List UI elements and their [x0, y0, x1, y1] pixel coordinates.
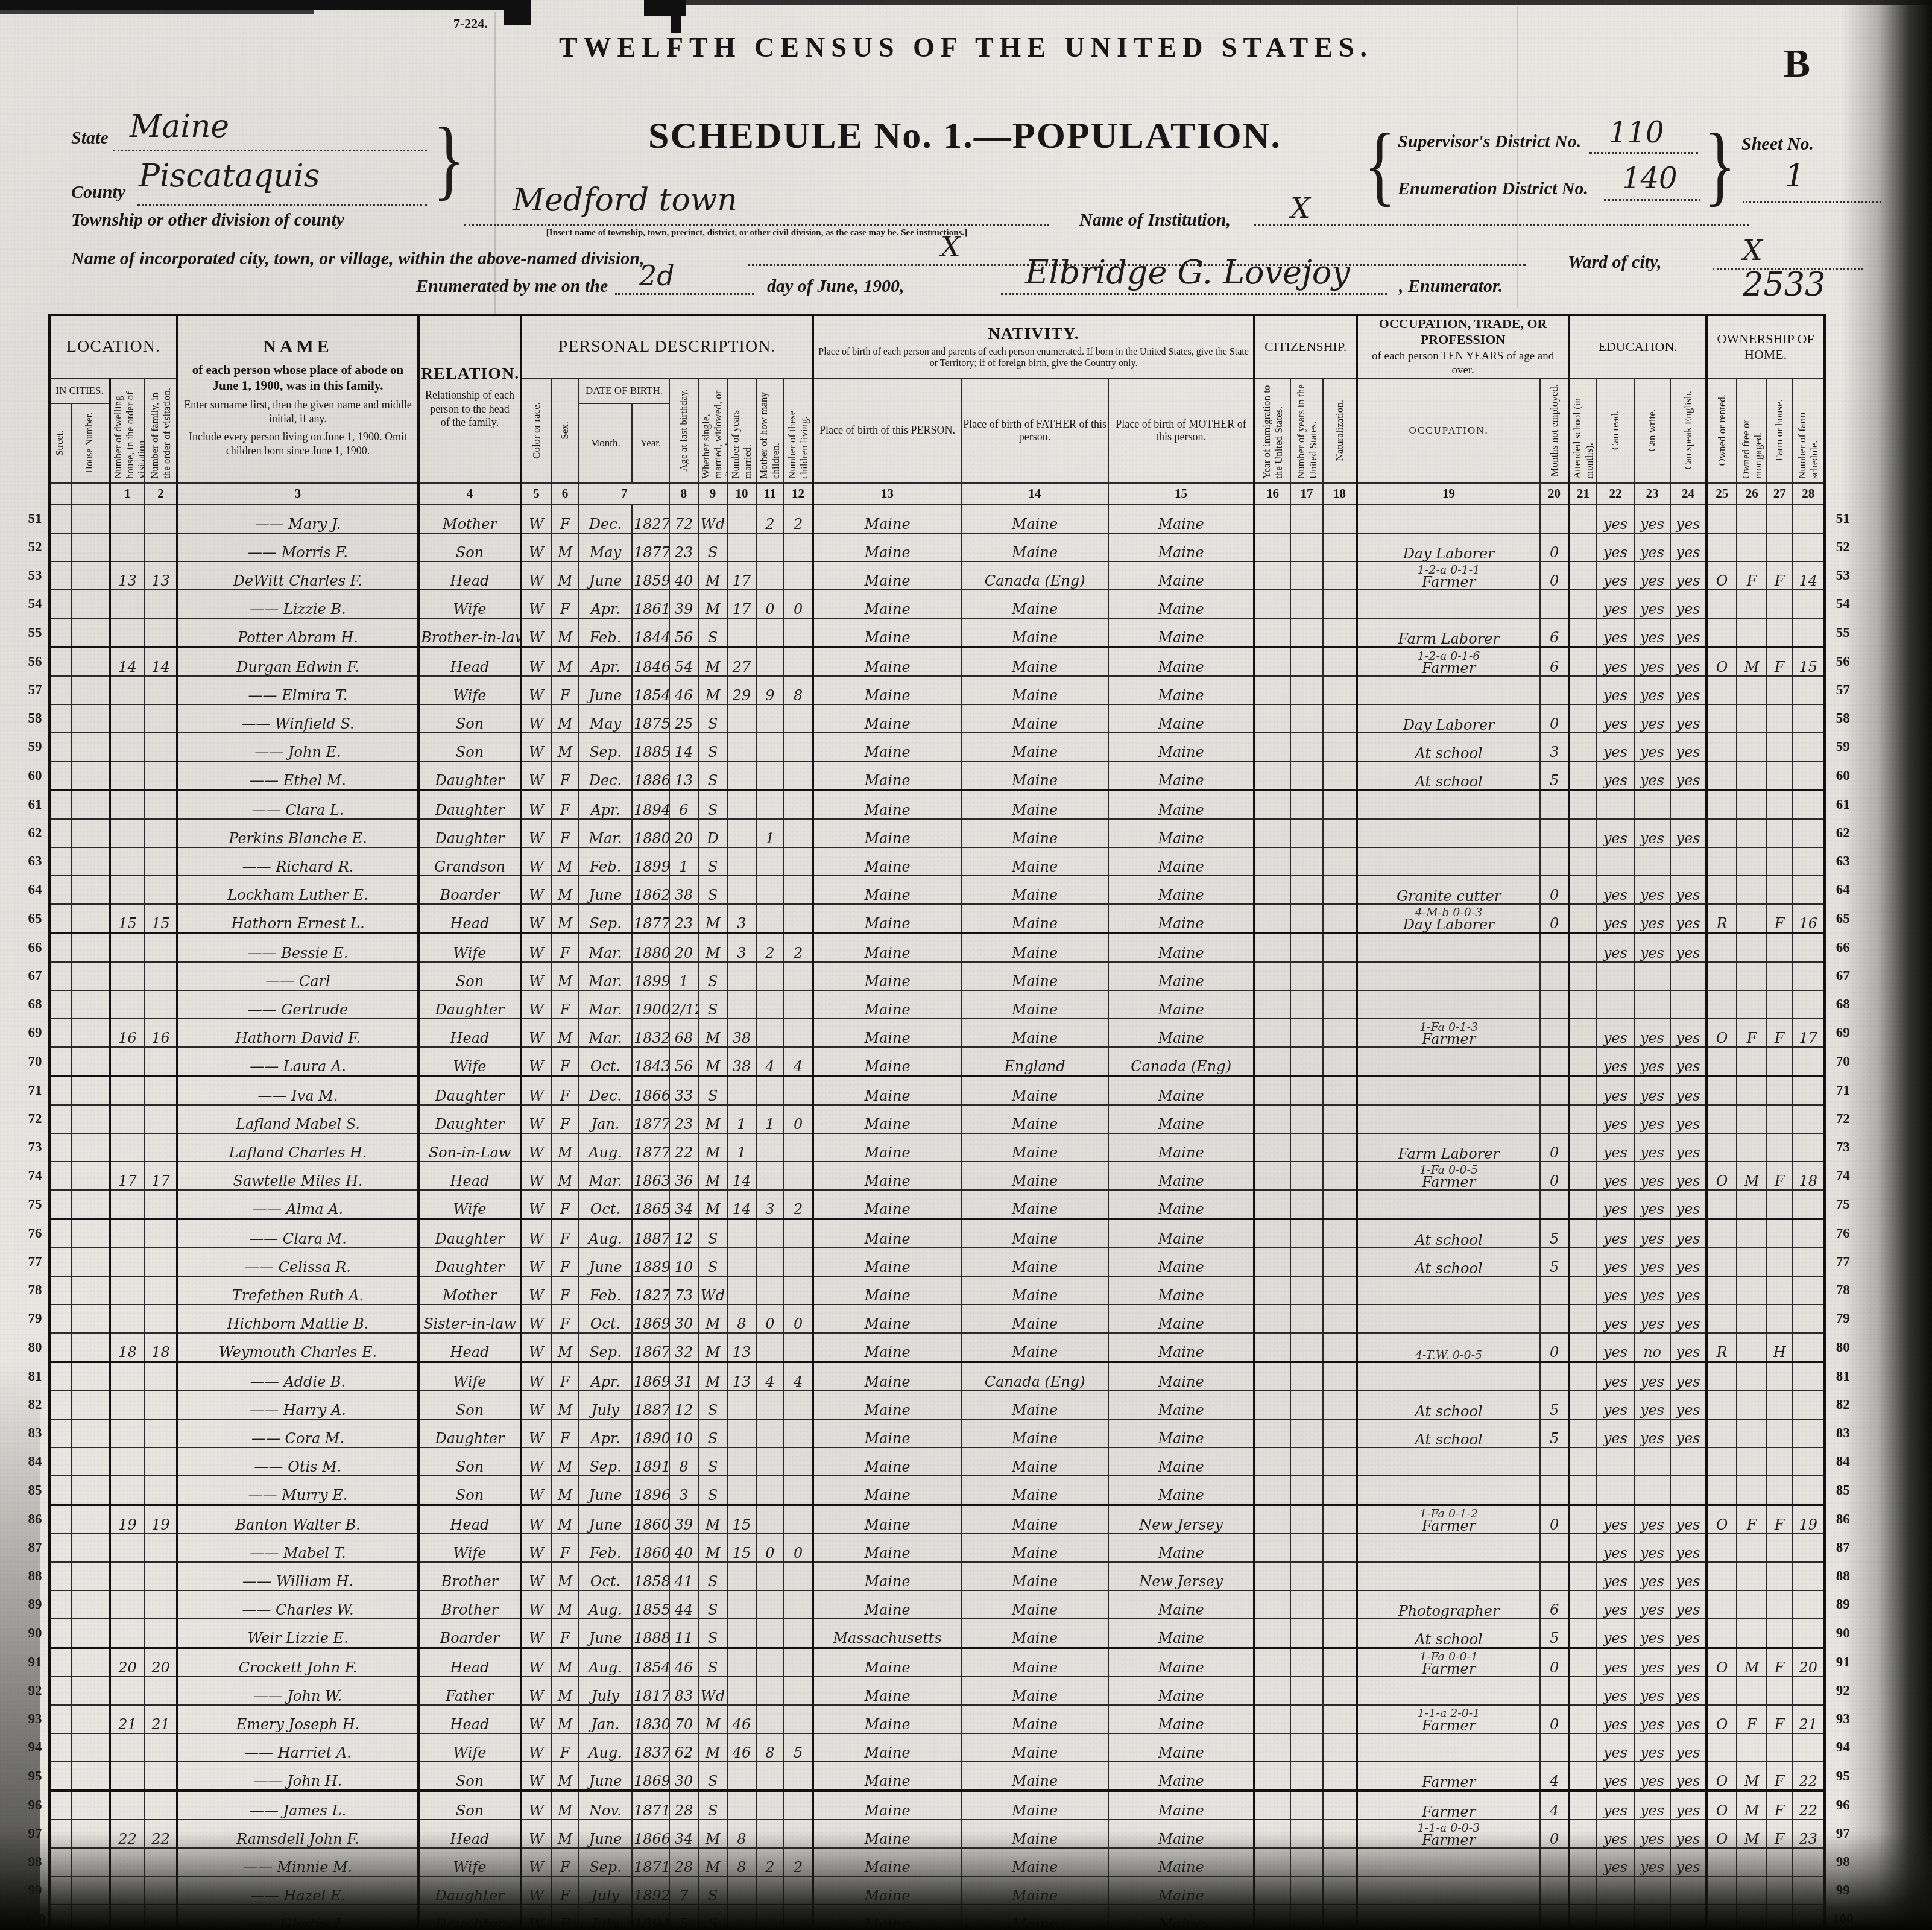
- pob-person-cell: Maine: [813, 1677, 961, 1705]
- months-not-employed-cell: 5: [1540, 1619, 1569, 1648]
- farm-or-house-cell: F: [1767, 647, 1792, 676]
- sex-cell: F: [551, 1305, 579, 1333]
- years-married-cell: 3: [727, 904, 756, 933]
- age-cell: 1: [669, 847, 698, 876]
- relation-cell: Wife: [418, 1190, 521, 1219]
- row-number: 72: [1825, 1105, 1860, 1133]
- column-number: 8: [669, 483, 698, 505]
- mother-of-children-cell: 4: [756, 1362, 784, 1391]
- pob-father-cell: Maine: [961, 647, 1108, 676]
- row-number: 79: [22, 1305, 49, 1333]
- table-row: 57—— Elmira T.WifeWFJune185446M2998Maine…: [22, 676, 1860, 704]
- can-speak-english-cell: yes: [1670, 733, 1706, 761]
- birth-year-cell: 1871: [632, 1848, 669, 1876]
- table-header: LOCATION. NAME of each person whose plac…: [22, 315, 1860, 505]
- age-cell: 46: [669, 676, 698, 704]
- street-cell: [49, 1534, 71, 1562]
- months-not-employed-cell: [1540, 1677, 1569, 1705]
- owned-rented-cell: [1706, 1848, 1737, 1876]
- dwelling-number-cell: [110, 1905, 145, 1930]
- years-married-cell: 15: [727, 1505, 756, 1534]
- table-row: 62Perkins Blanche E.DaughterWFMar.188020…: [22, 819, 1860, 847]
- row-number: 86: [22, 1505, 49, 1534]
- marital-cell: S: [698, 962, 727, 990]
- family-number-cell: 20: [145, 1648, 177, 1677]
- family-number-cell: [145, 1905, 177, 1930]
- occupation-cell: 1-1-a 0-0-3Farmer: [1357, 1820, 1540, 1848]
- color-race-cell: W: [521, 1190, 551, 1219]
- can-speak-english-cell: yes: [1670, 1705, 1706, 1733]
- farm-or-house-cell: [1767, 1076, 1792, 1105]
- occupation-cell: [1357, 790, 1540, 819]
- table-row: 70—— Laura A.WifeWFOct.184356M3844MaineE…: [22, 1047, 1860, 1076]
- dwelling-number-cell: [110, 1047, 145, 1076]
- years-married-cell: [727, 733, 756, 761]
- birth-year-cell: 1846: [632, 647, 669, 676]
- row-number: 63: [1825, 847, 1860, 876]
- age-cell: 34: [669, 1190, 698, 1219]
- house-number-cell: [71, 1019, 110, 1047]
- relation-cell: Wife: [418, 590, 521, 618]
- farm-schedule-cell: [1792, 1105, 1825, 1133]
- free-mortgaged-cell: [1737, 819, 1767, 847]
- dwelling-number-cell: [110, 876, 145, 904]
- mother-of-children-cell: [756, 1905, 784, 1930]
- attended-school-cell: [1569, 933, 1597, 962]
- row-number: 90: [1825, 1619, 1860, 1648]
- birth-year-cell: 1894: [632, 790, 669, 819]
- birth-year-cell: 1827: [632, 1276, 669, 1305]
- years-in-us-cell: [1290, 1505, 1323, 1534]
- pob-father-cell: Maine: [961, 790, 1108, 819]
- age-cell: 72: [669, 505, 698, 533]
- pob-mother-cell: Maine: [1108, 1219, 1254, 1248]
- pob-person-cell: Maine: [813, 1248, 961, 1276]
- farm-or-house-cell: [1767, 761, 1792, 790]
- can-write-cell: [1634, 1476, 1670, 1505]
- farm-schedule-cell: [1792, 1677, 1825, 1705]
- family-number-cell: 21: [145, 1705, 177, 1733]
- pob-mother-cell: Maine: [1108, 1677, 1254, 1705]
- years-married-cell: [727, 1905, 756, 1930]
- color-race-cell: W: [521, 1419, 551, 1447]
- owned-rented-cell: [1706, 1133, 1737, 1162]
- family-number-cell: 16: [145, 1019, 177, 1047]
- naturalization-cell: [1323, 876, 1357, 904]
- farm-or-house-cell: [1767, 1447, 1792, 1476]
- attended-school-cell: [1569, 505, 1597, 533]
- immigration-cell: [1254, 1447, 1290, 1476]
- sheet-line: [1743, 201, 1881, 203]
- corner-note: 2533: [1743, 265, 1825, 303]
- children-living-cell: [784, 1876, 813, 1905]
- street-cell: [49, 1219, 71, 1248]
- table-body: 51—— Mary J.MotherWFDec.182772Wd22MaineM…: [22, 505, 1860, 1930]
- children-living-cell: [784, 1162, 813, 1190]
- attended-school-cell: [1569, 1105, 1597, 1133]
- street-cell: [49, 704, 71, 733]
- naturalization-cell: [1323, 790, 1357, 819]
- row-number: 75: [22, 1190, 49, 1219]
- street-cell: [49, 1162, 71, 1190]
- dwelling-number-cell: [110, 505, 145, 533]
- pob-father-cell: Maine: [961, 1534, 1108, 1562]
- farm-schedule-cell: [1792, 533, 1825, 562]
- occupation-cell: [1357, 1677, 1540, 1705]
- birth-month-cell: July: [579, 1391, 632, 1419]
- family-number-cell: [145, 1562, 177, 1590]
- farm-or-house-cell: [1767, 790, 1792, 819]
- row-number: 61: [22, 790, 49, 819]
- birth-year-cell: 1887: [632, 1391, 669, 1419]
- table-row: 76—— Clara M.DaughterWFAug.188712SMaineM…: [22, 1219, 1860, 1248]
- immigration-cell: [1254, 1848, 1290, 1876]
- farm-or-house-cell: [1767, 1047, 1792, 1076]
- pob-person-cell: Maine: [813, 1876, 961, 1905]
- can-read-cell: yes: [1597, 647, 1634, 676]
- farm-schedule-cell: [1792, 1419, 1825, 1447]
- color-race-cell: W: [521, 1447, 551, 1476]
- pob-father-cell: Maine: [961, 1762, 1108, 1791]
- occupation-cell: [1357, 676, 1540, 704]
- birth-month-header: Month.: [579, 403, 632, 483]
- children-living-cell: [784, 1133, 813, 1162]
- immigration-cell: [1254, 1362, 1290, 1391]
- dwelling-number-cell: [110, 1248, 145, 1276]
- name-desc: Enter surname first, then the given name…: [183, 398, 412, 425]
- pob-person-cell: Maine: [813, 1762, 961, 1791]
- age-cell: 56: [669, 618, 698, 647]
- table-row: 85—— Murry E.SonWMJune18963SMaineMaineMa…: [22, 1476, 1860, 1505]
- table-row: 79Hichborn Mattie B.Sister-in-lawWFOct.1…: [22, 1305, 1860, 1333]
- naturalization-cell: [1323, 933, 1357, 962]
- immigration-cell: [1254, 1505, 1290, 1534]
- row-number: 64: [22, 876, 49, 904]
- age-cell: 30: [669, 1305, 698, 1333]
- owned-rented-header: Owned or rented.: [1706, 378, 1737, 483]
- farm-or-house-cell: [1767, 1219, 1792, 1248]
- farm-or-house-cell: [1767, 676, 1792, 704]
- pob-mother-cell: Maine: [1108, 1419, 1254, 1447]
- naturalization-cell: [1323, 562, 1357, 590]
- table-row: 98—— Minnie M.WifeWFSep.187128M822MaineM…: [22, 1848, 1860, 1876]
- pob-father-cell: Maine: [961, 1219, 1108, 1248]
- owned-rented-cell: [1706, 1248, 1737, 1276]
- can-write-cell: yes: [1634, 1362, 1670, 1391]
- months-not-employed-cell: [1540, 1562, 1569, 1590]
- can-read-cell: yes: [1597, 819, 1634, 847]
- dwelling-number-cell: [110, 1562, 145, 1590]
- can-speak-english-cell: yes: [1670, 647, 1706, 676]
- farm-schedule-cell: [1792, 618, 1825, 647]
- immigration-cell: [1254, 1219, 1290, 1248]
- color-race-cell: W: [521, 1047, 551, 1076]
- pob-mother-cell: Maine: [1108, 676, 1254, 704]
- sex-cell: M: [551, 1447, 579, 1476]
- street-cell: [49, 819, 71, 847]
- district-brace-close: }: [1704, 113, 1736, 217]
- naturalization-cell: [1323, 505, 1357, 533]
- birth-month-cell: Jan.: [579, 1705, 632, 1733]
- years-in-us-cell: [1290, 1733, 1323, 1762]
- birth-month-cell: Sep.: [579, 733, 632, 761]
- pob-mother-cell: Maine: [1108, 647, 1254, 676]
- name-cell: Lafland Mabel S.: [177, 1105, 418, 1133]
- pob-person-cell: Maine: [813, 1447, 961, 1476]
- farm-schedule-cell: [1792, 704, 1825, 733]
- attended-school-cell: [1569, 1534, 1597, 1562]
- supervisor-label: Supervisor's District No.: [1398, 131, 1581, 152]
- row-number: 79: [1825, 1305, 1860, 1333]
- personal-description-group-header: PERSONAL DESCRIPTION.: [521, 315, 813, 378]
- months-not-employed-cell: 0: [1540, 1162, 1569, 1190]
- marital-cell: S: [698, 1590, 727, 1619]
- months-not-employed-cell: [1540, 1876, 1569, 1905]
- relation-cell: Wife: [418, 1047, 521, 1076]
- months-not-employed-cell: 4: [1540, 1791, 1569, 1820]
- birth-month-cell: Mar.: [579, 990, 632, 1019]
- children-living-cell: [784, 819, 813, 847]
- street-cell: [49, 1505, 71, 1534]
- column-number: [71, 483, 110, 505]
- marital-cell: M: [698, 1333, 727, 1362]
- birth-year-cell: 1817: [632, 1677, 669, 1705]
- farm-schedule-cell: 19: [1792, 1505, 1825, 1534]
- name-cell: —— Ethel M.: [177, 761, 418, 790]
- birth-month-cell: Aug.: [579, 1648, 632, 1677]
- sex-cell: F: [551, 1276, 579, 1305]
- row-number: 78: [1825, 1276, 1860, 1305]
- immigration-cell: [1254, 1733, 1290, 1762]
- location-group-header: LOCATION.: [49, 315, 177, 378]
- years-married-cell: [727, 962, 756, 990]
- sex-cell: F: [551, 1733, 579, 1762]
- marital-cell: S: [698, 618, 727, 647]
- pob-mother-cell: Maine: [1108, 1534, 1254, 1562]
- marital-cell: M: [698, 676, 727, 704]
- family-number-cell: [145, 1133, 177, 1162]
- mother-of-children-cell: [756, 1876, 784, 1905]
- age-cell: 46: [669, 1648, 698, 1677]
- marital-cell: S: [698, 533, 727, 562]
- pob-mother-cell: Maine: [1108, 1362, 1254, 1391]
- naturalization-cell: [1323, 904, 1357, 933]
- immigration-cell: [1254, 1276, 1290, 1305]
- owned-rented-cell: [1706, 790, 1737, 819]
- occupation-cell: Farm Laborer: [1357, 618, 1540, 647]
- years-in-us-cell: [1290, 1476, 1323, 1505]
- immigration-cell: [1254, 505, 1290, 533]
- owned-rented-cell: O: [1706, 647, 1737, 676]
- free-mortgaged-cell: [1737, 1133, 1767, 1162]
- owned-rented-cell: [1706, 704, 1737, 733]
- years-married-cell: [727, 761, 756, 790]
- house-number-cell: [71, 1248, 110, 1276]
- pob-person-cell: Maine: [813, 1562, 961, 1590]
- street-cell: [49, 1076, 71, 1105]
- owned-rented-cell: [1706, 733, 1737, 761]
- can-read-cell: yes: [1597, 1190, 1634, 1219]
- can-speak-english-cell: [1670, 1447, 1706, 1476]
- years-married-cell: [727, 1562, 756, 1590]
- can-read-cell: yes: [1597, 1276, 1634, 1305]
- row-number: 61: [1825, 790, 1860, 819]
- birth-month-cell: Mar.: [579, 1162, 632, 1190]
- row-number: 90: [22, 1619, 49, 1648]
- farm-or-house-header: Farm or house.: [1767, 378, 1792, 483]
- name-cell: —— John W.: [177, 1677, 418, 1705]
- supervisor-value: 110: [1609, 116, 1664, 150]
- marital-cell: S: [698, 1648, 727, 1677]
- pob-mother-cell: Maine: [1108, 1333, 1254, 1362]
- months-not-employed-cell: 0: [1540, 533, 1569, 562]
- can-read-cell: yes: [1597, 562, 1634, 590]
- pob-father-cell: Maine: [961, 1848, 1108, 1876]
- farm-schedule-cell: [1792, 1876, 1825, 1905]
- birth-month-cell: Mar.: [579, 819, 632, 847]
- months-not-employed-cell: [1540, 1476, 1569, 1505]
- pob-mother-cell: Maine: [1108, 505, 1254, 533]
- months-not-employed-cell: 0: [1540, 1648, 1569, 1677]
- dwelling-number-cell: 16: [110, 1019, 145, 1047]
- farm-schedule-cell: [1792, 847, 1825, 876]
- color-race-cell: W: [521, 1705, 551, 1733]
- years-married-cell: 1: [727, 1133, 756, 1162]
- mother-of-children-cell: 2: [756, 933, 784, 962]
- naturalization-cell: [1323, 1305, 1357, 1333]
- row-number: 85: [22, 1476, 49, 1505]
- naturalization-cell: [1323, 1820, 1357, 1848]
- farm-schedule-cell: [1792, 1848, 1825, 1876]
- street-cell: [49, 1590, 71, 1619]
- family-number-cell: [145, 505, 177, 533]
- children-living-cell: [784, 1476, 813, 1505]
- owned-rented-cell: [1706, 1733, 1737, 1762]
- house-number-cell: [71, 1333, 110, 1362]
- pob-father-cell: Maine: [961, 1905, 1108, 1930]
- sex-cell: M: [551, 904, 579, 933]
- birth-year-cell: 1887: [632, 1219, 669, 1248]
- can-speak-english-cell: yes: [1670, 1162, 1706, 1190]
- name-cell: —— Clara L.: [177, 790, 418, 819]
- naturalization-cell: [1323, 733, 1357, 761]
- house-number-cell: [71, 1447, 110, 1476]
- months-not-employed-cell: [1540, 790, 1569, 819]
- sex-cell: F: [551, 1619, 579, 1648]
- house-number-cell: [71, 1677, 110, 1705]
- pob-mother-cell: Maine: [1108, 1876, 1254, 1905]
- street-cell: [49, 1447, 71, 1476]
- marital-cell: M: [698, 1820, 727, 1848]
- immigration-cell: [1254, 1762, 1290, 1791]
- owned-rented-cell: [1706, 847, 1737, 876]
- family-number-cell: [145, 1219, 177, 1248]
- can-read-cell: yes: [1597, 904, 1634, 933]
- supervisor-line: [1589, 152, 1698, 154]
- children-living-cell: [784, 533, 813, 562]
- farm-or-house-cell: [1767, 990, 1792, 1019]
- attended-school-cell: [1569, 1876, 1597, 1905]
- column-number: 13: [813, 483, 961, 505]
- house-number-cell: [71, 533, 110, 562]
- farm-or-house-cell: [1767, 1362, 1792, 1391]
- birth-year-cell: 1837: [632, 1733, 669, 1762]
- children-living-cell: [784, 1762, 813, 1791]
- immigration-cell: [1254, 876, 1290, 904]
- color-race-cell: W: [521, 1391, 551, 1419]
- color-race-cell: W: [521, 1733, 551, 1762]
- children-living-cell: [784, 1562, 813, 1590]
- table-row: 691616Hathorn David F.HeadWMMar.183268M3…: [22, 1019, 1860, 1047]
- occupation-cell: 1-Fa 0-1-2Farmer: [1357, 1505, 1540, 1534]
- family-number-cell: [145, 1619, 177, 1648]
- naturalization-cell: [1323, 1019, 1357, 1047]
- years-in-us-cell: [1290, 1305, 1323, 1333]
- owned-rented-cell: O: [1706, 1791, 1737, 1820]
- pob-person-cell: Maine: [813, 1162, 961, 1190]
- owned-rented-cell: [1706, 761, 1737, 790]
- years-married-cell: 8: [727, 1820, 756, 1848]
- sex-cell: F: [551, 1248, 579, 1276]
- family-number-cell: [145, 618, 177, 647]
- can-read-cell: yes: [1597, 1733, 1634, 1762]
- pob-person-cell: Maine: [813, 1905, 961, 1930]
- pob-person-cell: Maine: [813, 590, 961, 618]
- relation-cell: Daughter: [418, 1419, 521, 1447]
- relation-cell: Head: [418, 1019, 521, 1047]
- can-write-cell: yes: [1634, 1534, 1670, 1562]
- marital-cell: M: [698, 1105, 727, 1133]
- dwelling-number-cell: [110, 676, 145, 704]
- age-cell: 6: [669, 790, 698, 819]
- pob-mother-cell: New Jersey: [1108, 1505, 1254, 1534]
- immigration-cell: [1254, 1677, 1290, 1705]
- naturalization-cell: [1323, 1677, 1357, 1705]
- birth-year-cell: 1827: [632, 505, 669, 533]
- can-read-cell: yes: [1597, 1419, 1634, 1447]
- can-read-cell: yes: [1597, 1019, 1634, 1047]
- immigration-cell: [1254, 647, 1290, 676]
- free-mortgaged-cell: M: [1737, 647, 1767, 676]
- age-cell: 39: [669, 590, 698, 618]
- pob-mother-cell: Maine: [1108, 1476, 1254, 1505]
- birth-year-header: Year.: [632, 403, 669, 483]
- sex-cell: M: [551, 962, 579, 990]
- birth-month-cell: July: [579, 1905, 632, 1930]
- row-number: 55: [22, 618, 49, 647]
- marital-cell: M: [698, 1305, 727, 1333]
- house-number-cell: [71, 704, 110, 733]
- relation-cell: Son: [418, 1476, 521, 1505]
- street-cell: [49, 761, 71, 790]
- family-number-cell: [145, 876, 177, 904]
- free-mortgaged-cell: [1737, 590, 1767, 618]
- sex-cell: M: [551, 1705, 579, 1733]
- can-speak-english-cell: yes: [1670, 676, 1706, 704]
- row-number: 65: [22, 904, 49, 933]
- dwelling-number-cell: 14: [110, 647, 145, 676]
- owned-rented-cell: [1706, 1190, 1737, 1219]
- can-write-cell: yes: [1634, 562, 1670, 590]
- nativity-group-header: NATIVITY. Place of birth of each person …: [813, 315, 1254, 378]
- owned-rented-cell: [1706, 1905, 1737, 1930]
- can-speak-english-cell: yes: [1670, 1105, 1706, 1133]
- family-number-cell: 18: [145, 1333, 177, 1362]
- can-write-cell: yes: [1634, 761, 1670, 790]
- sex-cell: M: [551, 1133, 579, 1162]
- years-married-cell: [727, 618, 756, 647]
- house-number-cell: [71, 876, 110, 904]
